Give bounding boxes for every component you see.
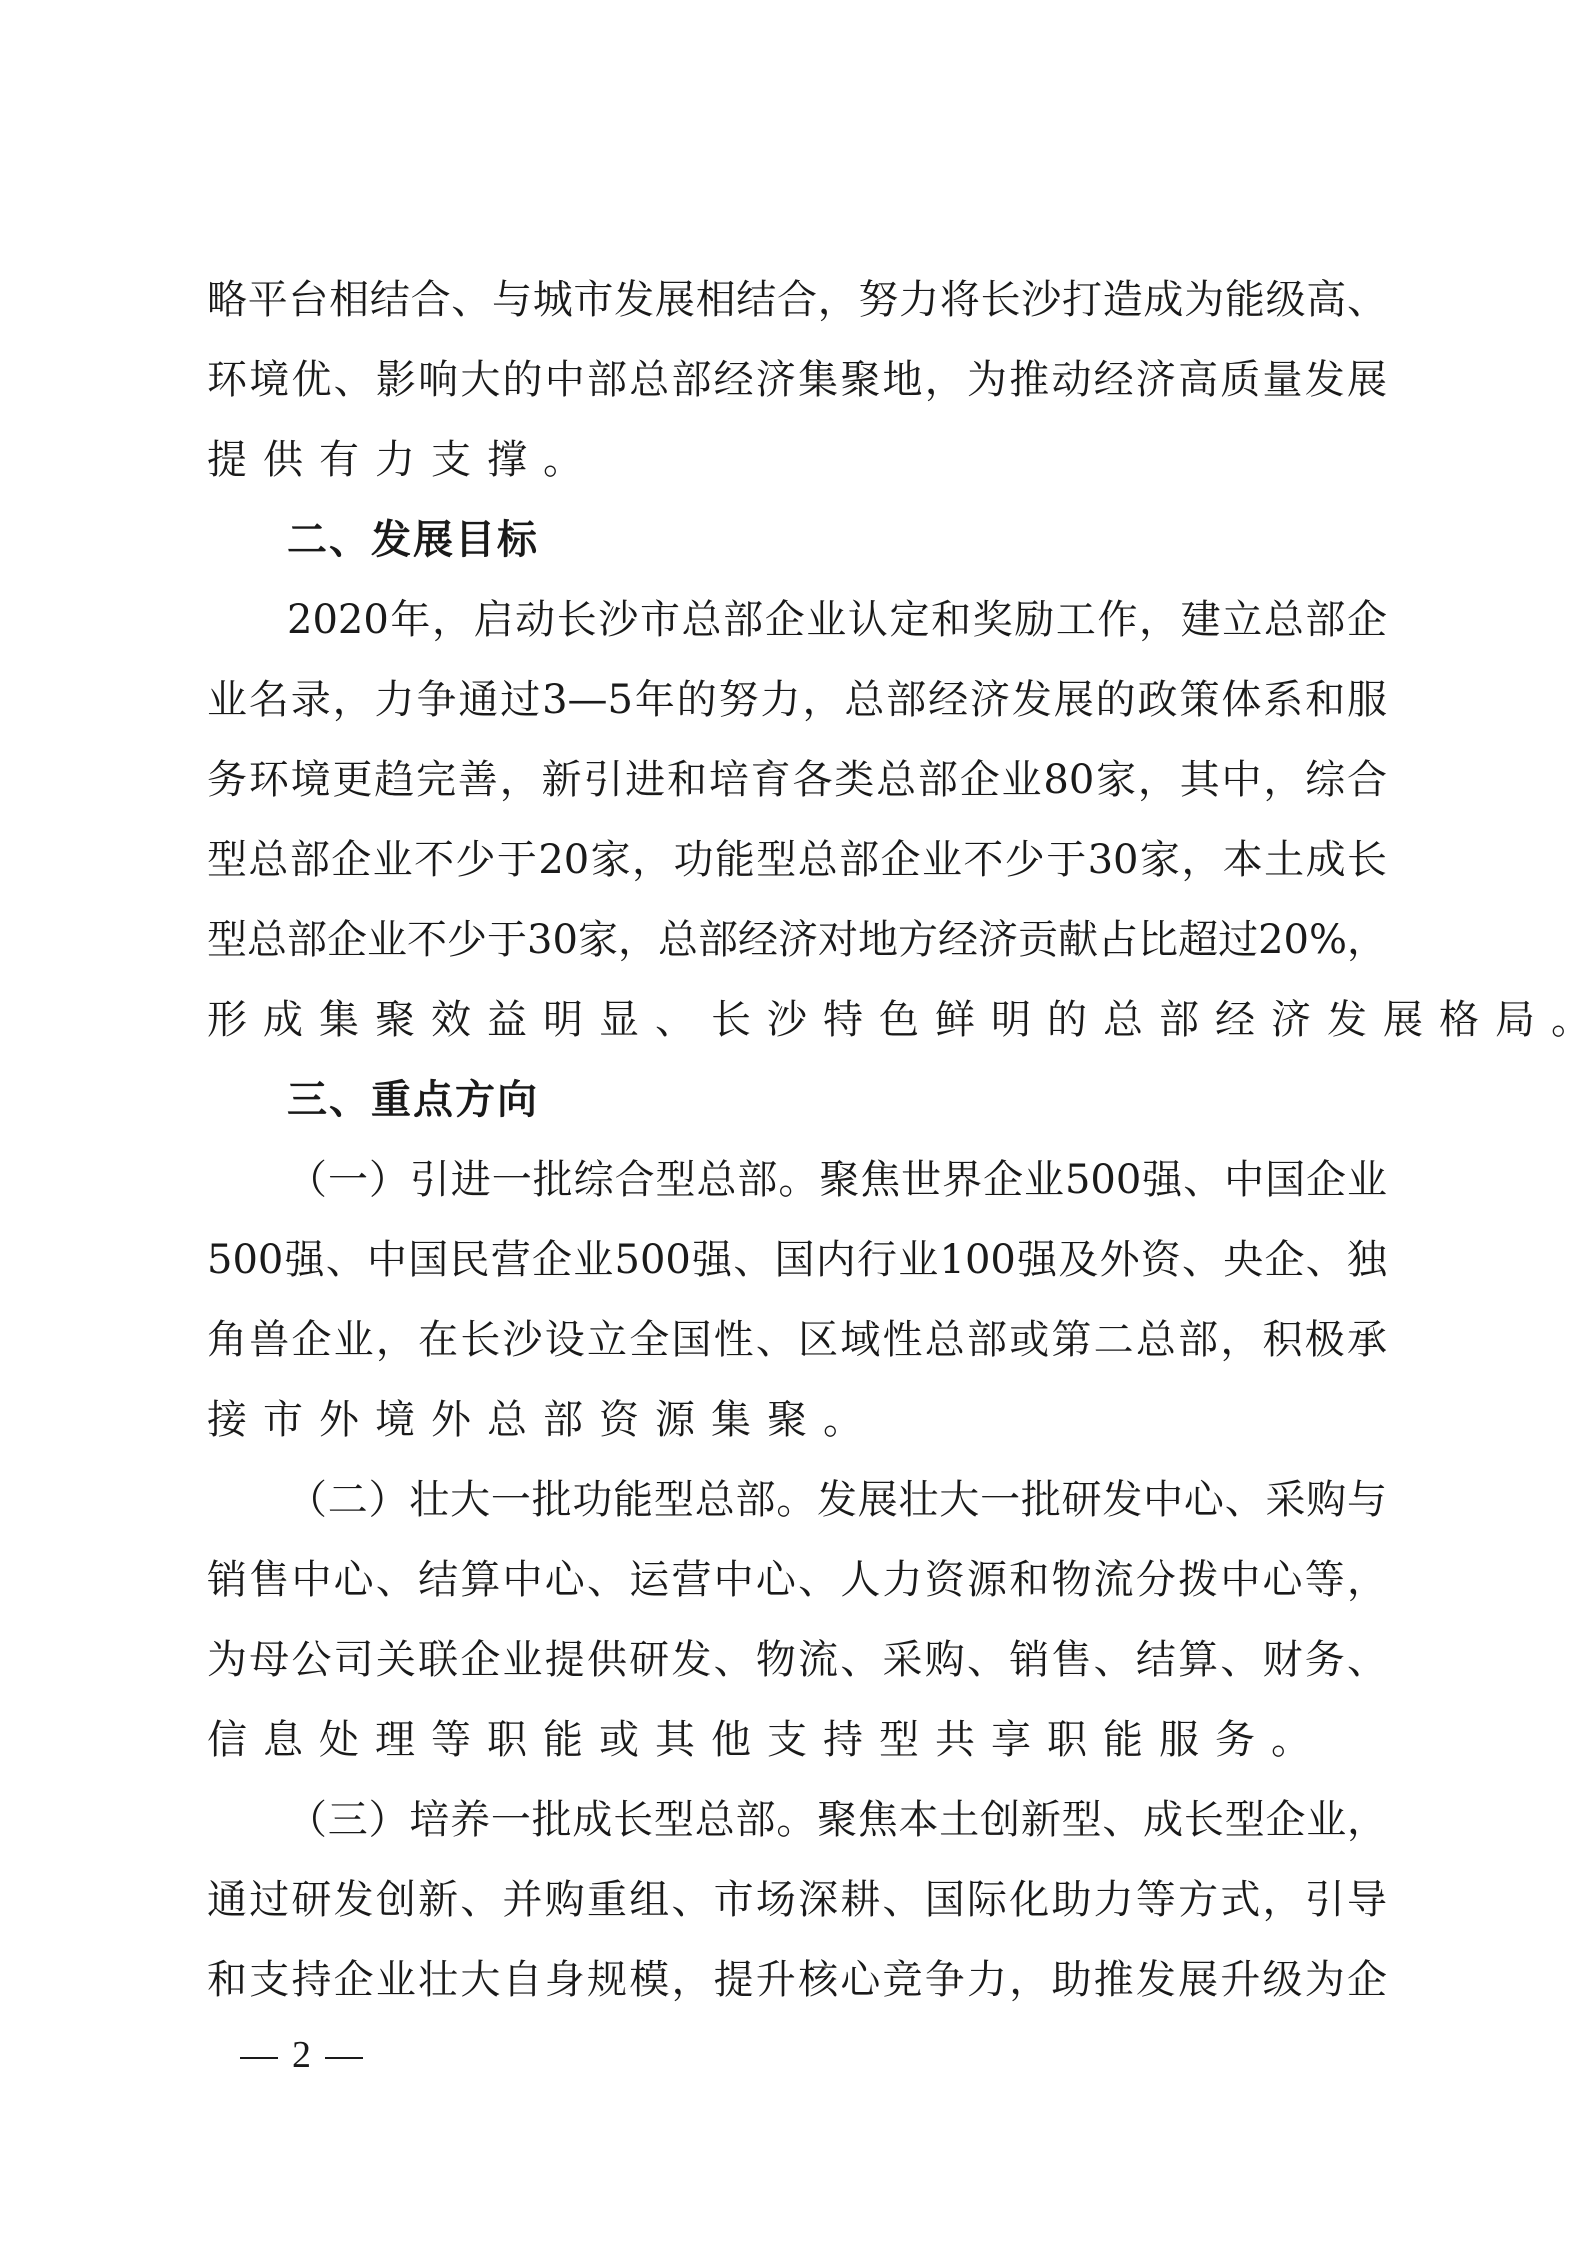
- text-line: 2020年，启动长沙市总部企业认定和奖励工作，建立总部企: [207, 580, 1387, 660]
- page-number: 2: [240, 2030, 363, 2080]
- document-body: 略平台相结合、与城市发展相结合，努力将长沙打造成为能级高、 环境优、影响大的中部…: [207, 260, 1387, 2020]
- page-number-dash-right: [325, 2057, 363, 2059]
- text-line: 接市外境外总部资源集聚。: [207, 1380, 1387, 1460]
- page-number-dash-left: [240, 2057, 278, 2059]
- text-line: 通过研发创新、并购重组、市场深耕、国际化助力等方式，引导: [207, 1860, 1387, 1940]
- section-heading-key-directions: 三、重点方向: [207, 1060, 1387, 1140]
- document-page: 略平台相结合、与城市发展相结合，努力将长沙打造成为能级高、 环境优、影响大的中部…: [0, 0, 1587, 2245]
- paragraph-direction-2: （二）壮大一批功能型总部。发展壮大一批研发中心、采购与 销售中心、结算中心、运营…: [207, 1460, 1387, 1780]
- text-line: 务环境更趋完善，新引进和培育各类总部企业80家，其中，综合: [207, 740, 1387, 820]
- text-line: 环境优、影响大的中部总部经济集聚地，为推动经济高质量发展: [207, 340, 1387, 420]
- text-line: 型总部企业不少于20家，功能型总部企业不少于30家，本土成长: [207, 820, 1387, 900]
- text-line: （二）壮大一批功能型总部。发展壮大一批研发中心、采购与: [207, 1460, 1387, 1540]
- text-line: 形成集聚效益明显、长沙特色鲜明的总部经济发展格局。: [207, 980, 1387, 1060]
- text-line: 信息处理等职能或其他支持型共享职能服务。: [207, 1700, 1387, 1780]
- page-number-value: 2: [278, 2030, 325, 2080]
- text-line: 销售中心、结算中心、运营中心、人力资源和物流分拨中心等，: [207, 1540, 1387, 1620]
- text-line: 为母公司关联企业提供研发、物流、采购、销售、结算、财务、: [207, 1620, 1387, 1700]
- text-line: 500强、中国民营企业500强、国内行业100强及外资、央企、独: [207, 1220, 1387, 1300]
- paragraph-direction-3: （三）培养一批成长型总部。聚焦本土创新型、成长型企业， 通过研发创新、并购重组、…: [207, 1780, 1387, 2020]
- text-line: 角兽企业，在长沙设立全国性、区域性总部或第二总部，积极承: [207, 1300, 1387, 1380]
- text-line: （一）引进一批综合型总部。聚焦世界企业500强、中国企业: [207, 1140, 1387, 1220]
- paragraph-goals: 2020年，启动长沙市总部企业认定和奖励工作，建立总部企 业名录，力争通过3—5…: [207, 580, 1387, 1060]
- text-line: 业名录，力争通过3—5年的努力，总部经济发展的政策体系和服: [207, 660, 1387, 740]
- text-line: （三）培养一批成长型总部。聚焦本土创新型、成长型企业，: [207, 1780, 1387, 1860]
- text-line: 和支持企业壮大自身规模，提升核心竞争力，助推发展升级为企: [207, 1940, 1387, 2020]
- text-line: 提供有力支撑。: [207, 420, 1387, 500]
- paragraph-direction-1: （一）引进一批综合型总部。聚焦世界企业500强、中国企业 500强、中国民营企业…: [207, 1140, 1387, 1460]
- section-heading-development-goals: 二、发展目标: [207, 500, 1387, 580]
- text-line: 型总部企业不少于30家，总部经济对地方经济贡献占比超过20%，: [207, 900, 1387, 980]
- paragraph-intro-continuation: 略平台相结合、与城市发展相结合，努力将长沙打造成为能级高、 环境优、影响大的中部…: [207, 260, 1387, 500]
- text-line: 略平台相结合、与城市发展相结合，努力将长沙打造成为能级高、: [207, 260, 1387, 340]
